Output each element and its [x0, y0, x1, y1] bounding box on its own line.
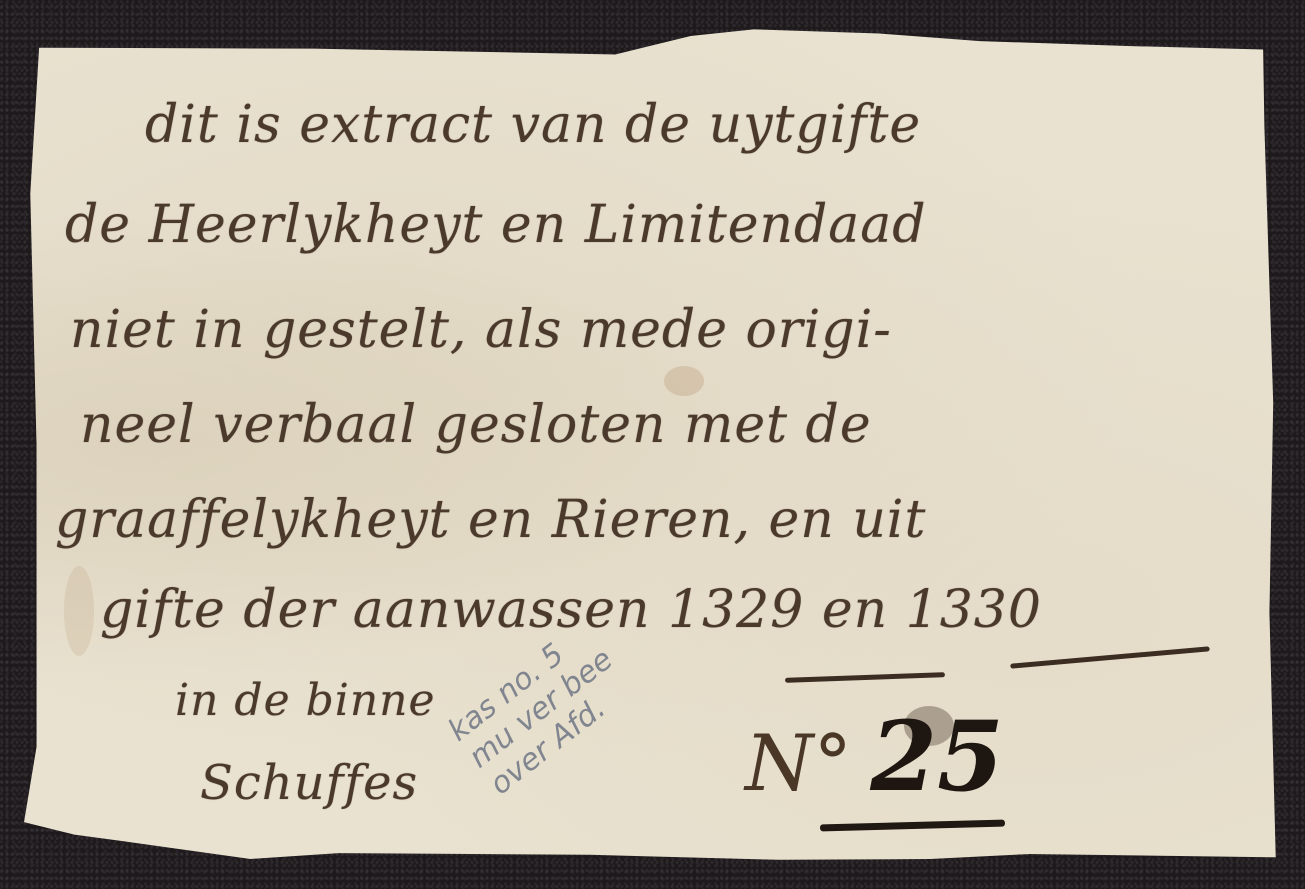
number-prefix: N° — [745, 719, 852, 809]
manuscript-line-5: graaffelykheyt en Rieren, en uit — [55, 490, 926, 550]
number-value: 25 — [870, 700, 1004, 813]
ink-stain — [664, 366, 704, 396]
manuscript-line-7: in de binne — [175, 675, 436, 726]
ink-stain — [64, 566, 94, 656]
manuscript-line-1: dit is extract van de uytgifte — [145, 95, 921, 155]
manuscript-line-4: neel verbaal gesloten met de — [80, 395, 872, 455]
manuscript-line-8: Schuffes — [200, 755, 418, 811]
manuscript-line-3: niet in gestelt, als mede origi- — [70, 300, 892, 360]
manuscript-line-2: de Heerlykheyt en Limitendaad — [65, 195, 927, 255]
document-number: N°25 — [745, 700, 1004, 813]
